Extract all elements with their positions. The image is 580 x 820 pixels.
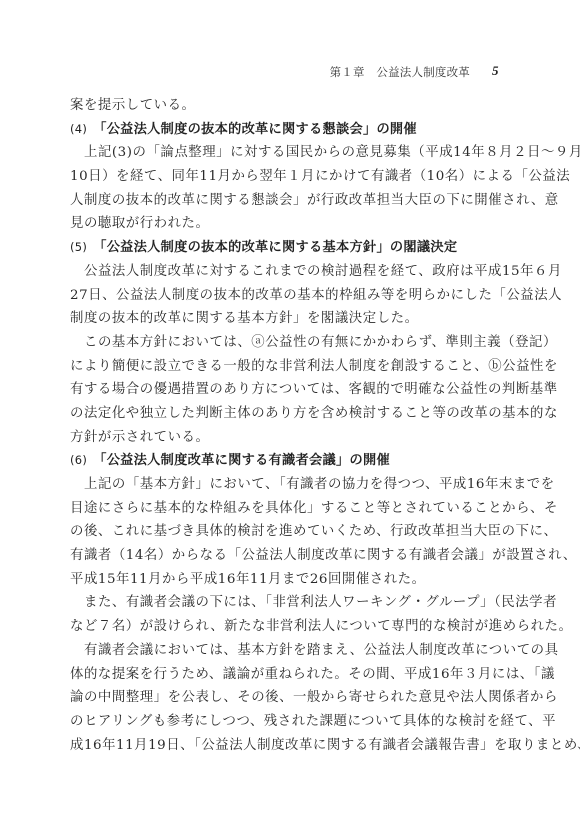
text-line: 目途にさらに基本的な枠組みを具体化」すること等とされていることから、そ (70, 497, 510, 521)
section-number: (6) (70, 453, 87, 467)
text-line: 案を提示している。 (70, 94, 510, 118)
text-line: 上記の「基本方針」において、「有識者の協力を得つつ、平成16年末までを (70, 473, 510, 497)
text-line: 公益法人制度改革に対するこれまでの検討過程を経て、政府は平成15年６月 (70, 260, 510, 284)
body-text: 案を提示している。(4)「公益法人制度の抜本的改革に関する懇談会」の開催上記(3… (70, 94, 510, 757)
text-line: 制度の抜本的改革に関する基本方針」を閣議決定した。 (70, 307, 510, 331)
text-line: 有識者会議においては、基本方針を踏まえ、公益法人制度改革についての具 (70, 639, 510, 663)
text-line: 見の聴取が行われた。 (70, 212, 510, 236)
text-line: 有識者（14名）からなる「公益法人制度改革に関する有識者会議」が設置され、 (70, 544, 510, 568)
section-title: 「公益法人制度の抜本的改革に関する基本方針」の閣議決定 (93, 240, 457, 255)
chapter-title: 第１章 公益法人制度改革 (330, 64, 470, 80)
text-line: 体的な提案を行うため、議論が重ねられた。その間、平成16年３月には、「議 (70, 663, 510, 687)
text-line: など７名）が設けられ、新たな非営利法人について専門的な検討が進められた。 (70, 615, 510, 639)
section-number: (4) (70, 122, 87, 136)
page-number: 5 (492, 63, 499, 79)
running-header: 第１章 公益法人制度改革 5 (0, 64, 580, 84)
text-line: 有する場合の優遇措置のあり方については、客観的で明確な公益性の判断基準 (70, 378, 510, 402)
text-line: 27日、公益法人制度の抜本的改革の基本的枠組み等を明らかにした「公益法人 (70, 284, 510, 308)
text-line: 上記(3)の「論点整理」に対する国民からの意見募集（平成14年８月２日～９月 (70, 141, 510, 165)
text-line: この基本方針においては、ⓐ公益性の有無にかかわらず、準則主義（登記） (70, 331, 510, 355)
text-line: 論の中間整理」を公表し、その後、一般から寄せられた意見や法人関係者から (70, 686, 510, 710)
section-heading: (5)「公益法人制度の抜本的改革に関する基本方針」の閣議決定 (70, 236, 510, 260)
text-line: 成16年11月19日、「公益法人制度改革に関する有識者会議報告書」を取りまとめ、 (70, 734, 510, 758)
text-line: のヒアリングも参考にしつつ、残された課題について具体的な検討を経て、平 (70, 710, 510, 734)
text-line: 10日）を経て、同年11月から翌年１月にかけて有識者（10名）による「公益法 (70, 165, 510, 189)
section-title: 「公益法人制度の抜本的改革に関する懇談会」の開催 (93, 122, 417, 137)
text-line: また、有識者会議の下には、「非営利法人ワーキング・グループ」（民法学者 (70, 591, 510, 615)
text-line: の法定化や独立した判断主体のあり方を含め検討すること等の改革の基本的な (70, 402, 510, 426)
text-line: 平成15年11月から平成16年11月まで26回開催された。 (70, 568, 510, 592)
text-line: 人制度の抜本的改革に関する懇談会」が行政改革担当大臣の下に開催され、意 (70, 189, 510, 213)
section-title: 「公益法人制度改革に関する有識者会議」の開催 (93, 453, 390, 468)
section-heading: (4)「公益法人制度の抜本的改革に関する懇談会」の開催 (70, 118, 510, 142)
text-line: により簡便に設立できる一般的な非営利法人制度を創設すること、ⓑ公益性を (70, 355, 510, 379)
text-line: 方針が示されている。 (70, 426, 510, 450)
section-heading: (6)「公益法人制度改革に関する有識者会議」の開催 (70, 449, 510, 473)
text-line: の後、これに基づき具体的検討を進めていくため、行政改革担当大臣の下に、 (70, 520, 510, 544)
section-number: (5) (70, 240, 87, 254)
